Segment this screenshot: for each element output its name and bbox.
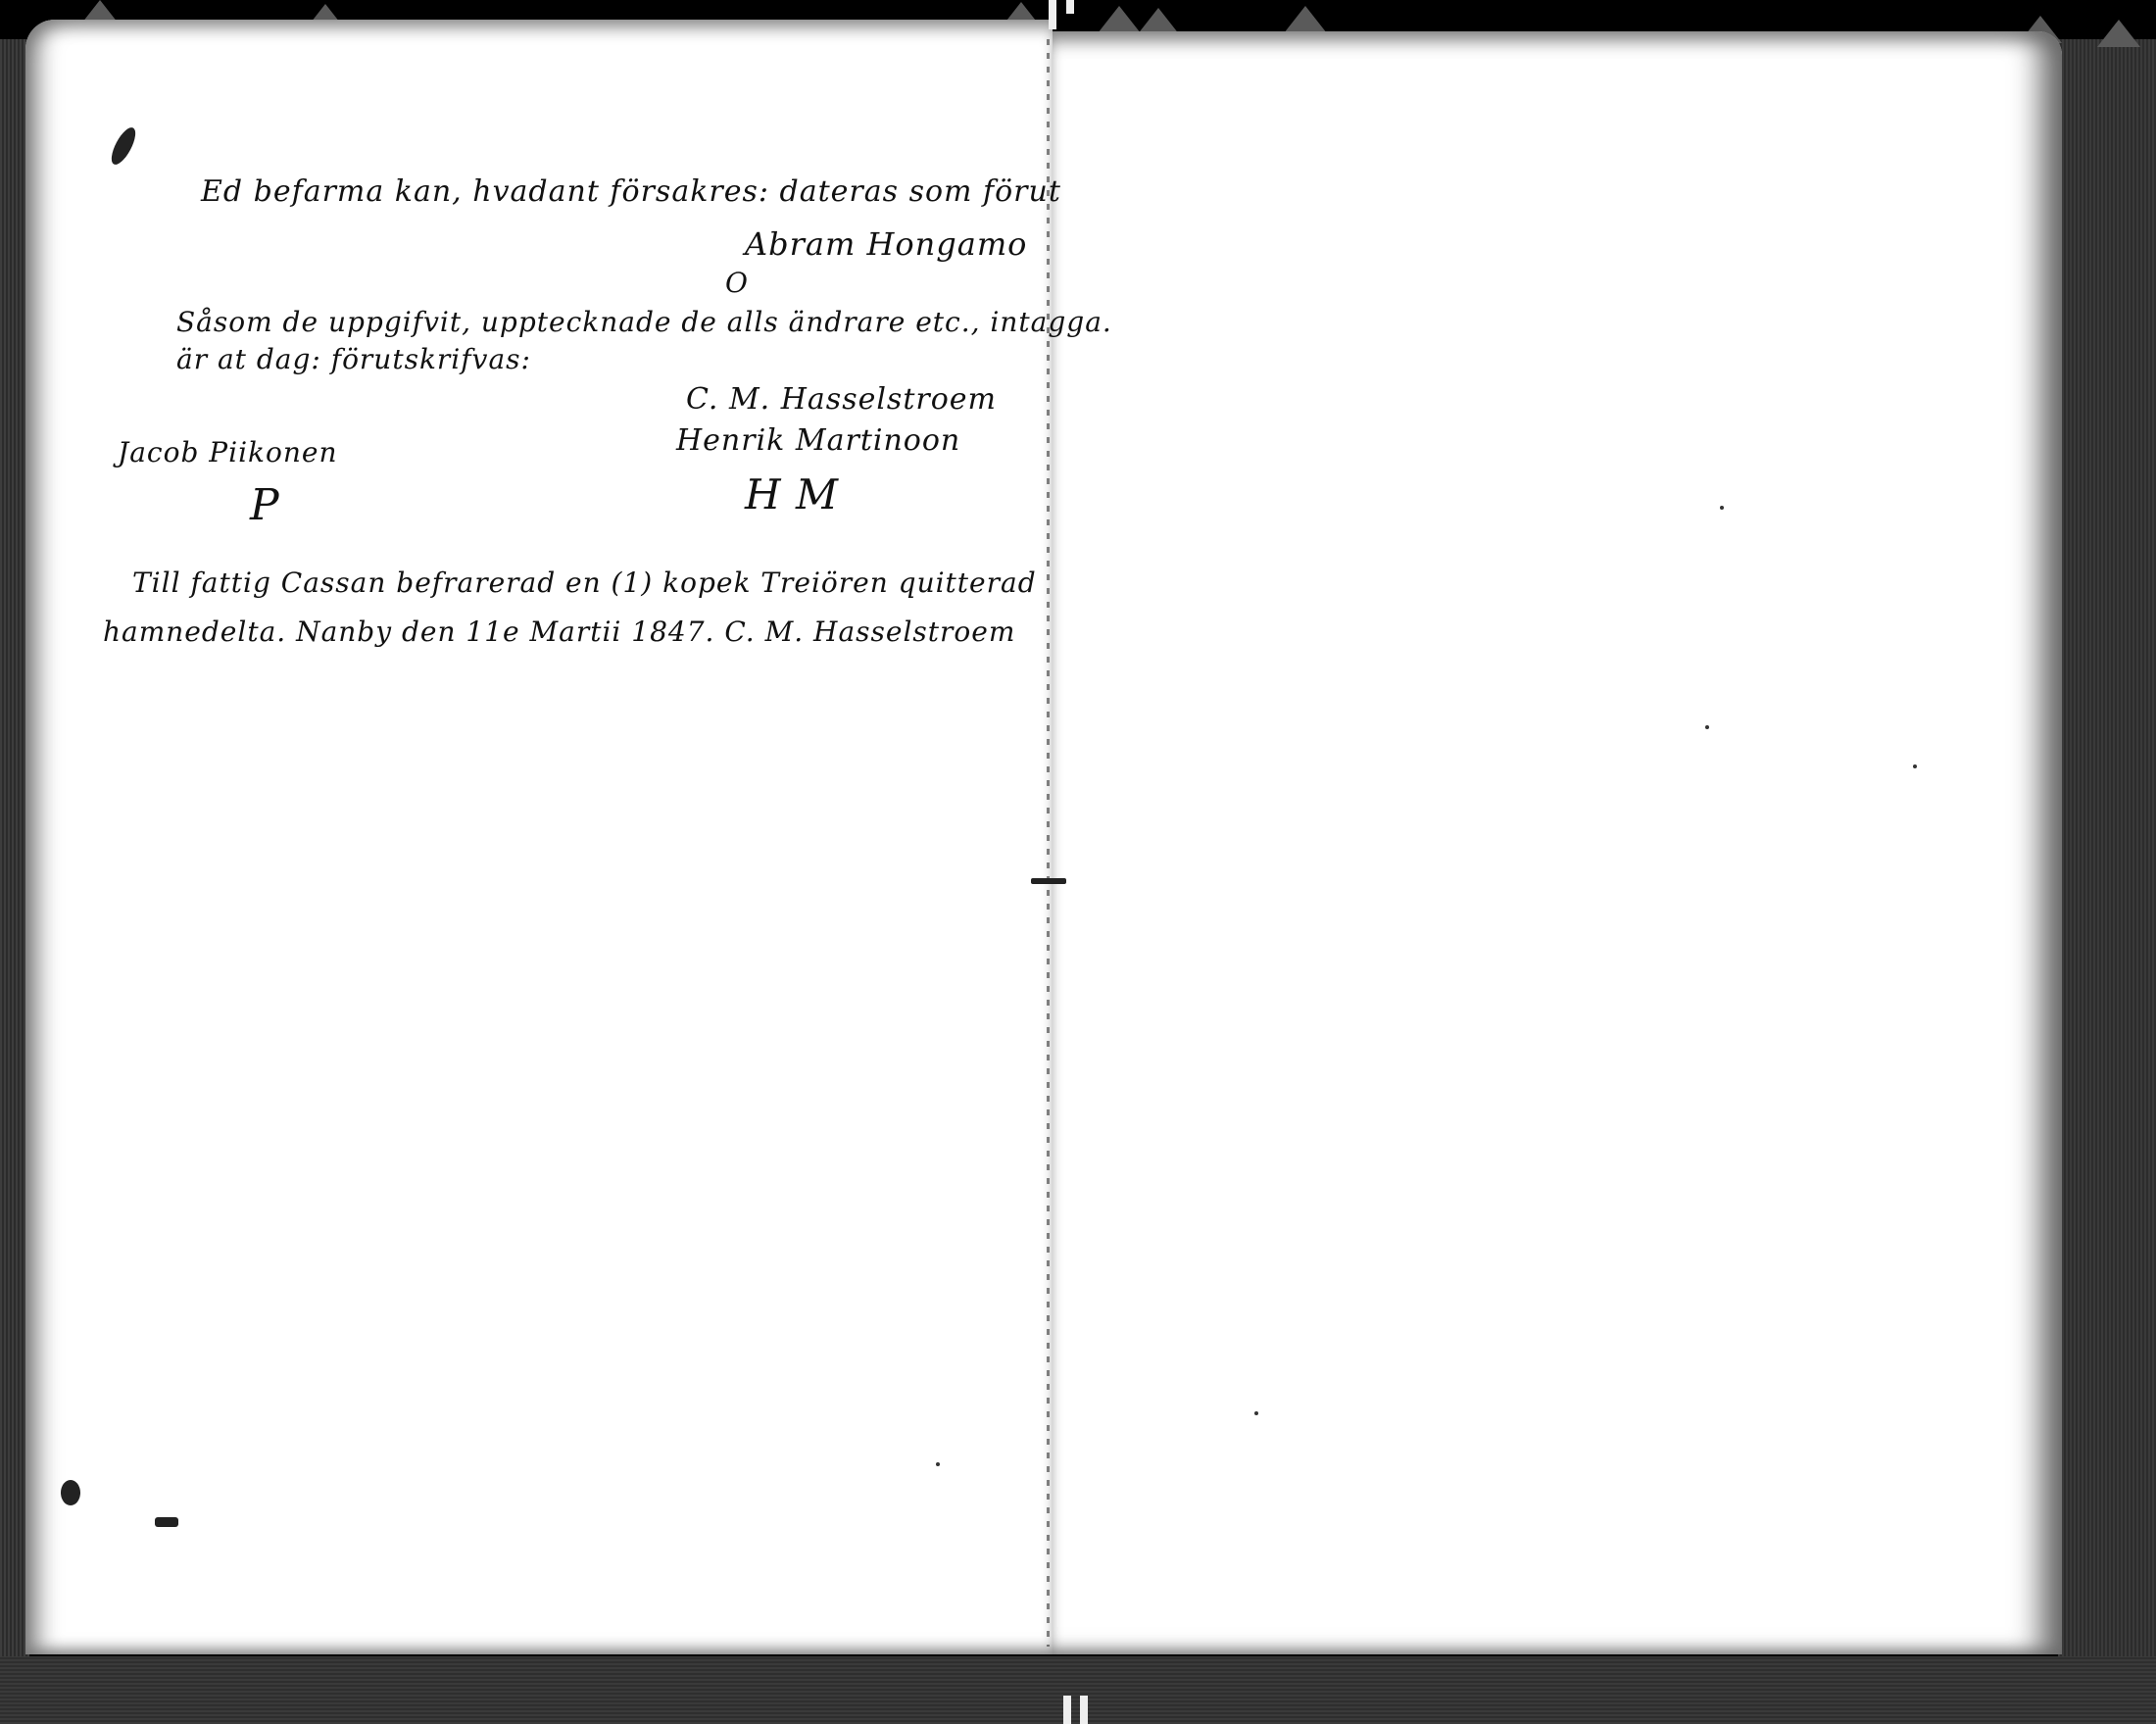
witness-mark-left: P — [250, 480, 280, 530]
ink-speck — [1705, 725, 1709, 729]
left-page — [25, 20, 1053, 1654]
ink-blot — [155, 1517, 178, 1527]
witness-mark-right: H M — [745, 470, 839, 518]
ink-blot — [61, 1480, 80, 1505]
binding-clip — [1080, 1696, 1088, 1724]
ink-speck — [1254, 1411, 1258, 1415]
entry-line-3: är at dag: förutskrifvas: — [176, 343, 531, 375]
torn-edge — [2097, 20, 2140, 47]
torn-edge — [1284, 6, 1327, 33]
entry-mark: O — [725, 267, 749, 299]
ink-blot — [1031, 878, 1066, 884]
witness-signature-left: Jacob Piikonen — [118, 436, 338, 468]
binding-clip — [1066, 0, 1074, 14]
binding-clip — [1063, 1696, 1071, 1724]
ink-speck — [1720, 506, 1724, 510]
entry-line-2: Såsom de uppgifvit, upptecknade de alls … — [176, 306, 1112, 338]
binding-frame-bottom — [0, 1656, 2156, 1724]
closing-line-2: hamnedelta. Nanby den 11e Martii 1847. C… — [103, 616, 1015, 648]
entry-name: Abram Hongamo — [745, 225, 1027, 263]
binding-frame-right — [2058, 39, 2156, 1724]
officiant-signature: C. M. Hasselstroem — [686, 382, 997, 417]
witness-signature-right: Henrik Martinoon — [676, 423, 960, 458]
ink-speck — [936, 1462, 940, 1466]
entry-line-1: Ed befarma kan, hvadant försakres: dater… — [201, 174, 1061, 209]
right-page — [1053, 31, 2062, 1654]
closing-line-1: Till fattig Cassan befrarerad en (1) kop… — [132, 566, 1037, 599]
torn-edge — [1098, 6, 1141, 33]
binding-clip — [1049, 0, 1056, 29]
ink-speck — [1913, 764, 1917, 768]
page-gutter — [1047, 39, 1050, 1647]
